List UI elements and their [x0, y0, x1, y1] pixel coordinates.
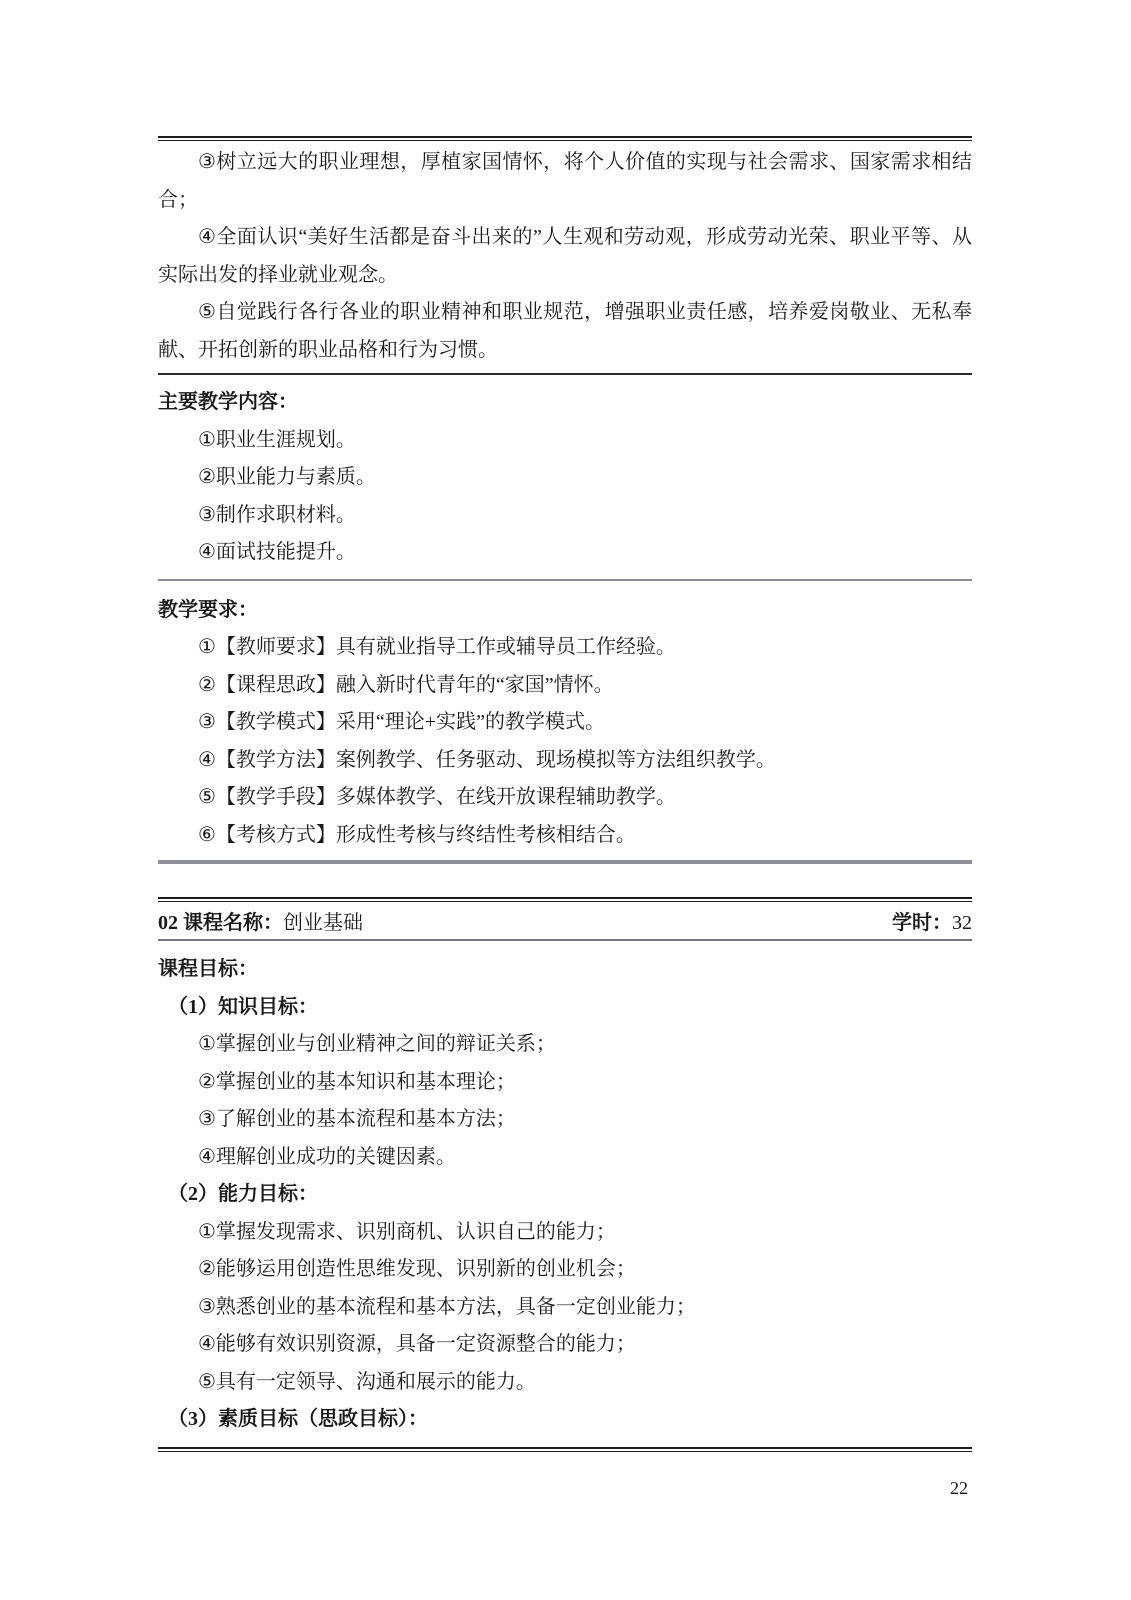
list-item: ①职业生涯规划。 [158, 422, 972, 460]
list-item: ②【课程思政】融入新时代青年的“家国”情怀。 [158, 667, 972, 705]
list-item: ②能够运用创造性思维发现、识别新的创业机会； [158, 1251, 972, 1289]
list-item: ⑥【考核方式】形成性考核与终结性考核相结合。 [158, 817, 972, 855]
course-name: 创业基础 [283, 912, 363, 934]
section-quality-goals-continued: ③树立远大的职业理想，厚植家国情怀，将个人价值的实现与社会需求、国家需求相结合；… [158, 141, 972, 373]
section-heading: 主要教学内容： [158, 384, 972, 422]
table-bottom-border [158, 1447, 972, 1452]
section-heading: 课程目标： [158, 951, 972, 989]
list-item: ③【教学模式】采用“理论+实践”的教学模式。 [158, 704, 972, 742]
course-header-row: 02 课程名称：创业基础 学时：32 [158, 902, 972, 939]
paragraph: ⑤自觉践行各行各业的职业精神和职业规范，增强职业责任感，培养爱岗敬业、无私奉献、… [158, 294, 972, 369]
list-item: ①掌握发现需求、识别商机、认识自己的能力； [158, 1214, 972, 1252]
section-course-goals: 课程目标： （1）知识目标： ①掌握创业与创业精神之间的辩证关系； ②掌握创业的… [158, 941, 972, 1447]
list-item: ③熟悉创业的基本流程和基本方法，具备一定创业能力； [158, 1289, 972, 1327]
course-title: 02 课程名称：创业基础 [158, 906, 363, 935]
list-item: ③了解创业的基本流程和基本方法； [158, 1101, 972, 1139]
list-item: ④面试技能提升。 [158, 534, 972, 572]
list-item: ②掌握创业的基本知识和基本理论； [158, 1064, 972, 1102]
page-content: ③树立远大的职业理想，厚植家国情怀，将个人价值的实现与社会需求、国家需求相结合；… [158, 136, 972, 1452]
list-item: ④能够有效识别资源，具备一定资源整合的能力； [158, 1326, 972, 1364]
course-number-label: 02 课程名称： [158, 912, 283, 934]
subsection-heading-ability: （2）能力目标： [158, 1176, 972, 1214]
page-number: 22 [950, 1478, 968, 1499]
hours-value: 32 [952, 912, 972, 934]
list-item: ⑤具有一定领导、沟通和展示的能力。 [158, 1364, 972, 1402]
list-item: ⑤【教学手段】多媒体教学、在线开放课程辅助教学。 [158, 779, 972, 817]
section-teaching-content: 主要教学内容： ①职业生涯规划。 ②职业能力与素质。 ③制作求职材料。 ④面试技… [158, 375, 972, 579]
hours-label: 学时： [892, 912, 952, 934]
course-hours: 学时：32 [892, 906, 972, 935]
subsection-heading-knowledge: （1）知识目标： [158, 989, 972, 1027]
list-item: ①掌握创业与创业精神之间的辩证关系； [158, 1026, 972, 1064]
list-item: ③制作求职材料。 [158, 497, 972, 535]
list-item: ④理解创业成功的关键因素。 [158, 1139, 972, 1177]
table-gap [158, 864, 972, 897]
subsection-heading-quality: （3）素质目标（思政目标）： [158, 1401, 972, 1439]
list-item: ④【教学方法】案例教学、任务驱动、现场模拟等方法组织教学。 [158, 742, 972, 780]
paragraph: ④全面认识“美好生活都是奋斗出来的”人生观和劳动观，形成劳动光荣、职业平等、从实… [158, 219, 972, 294]
paragraph: ③树立远大的职业理想，厚植家国情怀，将个人价值的实现与社会需求、国家需求相结合； [158, 144, 972, 219]
list-item: ②职业能力与素质。 [158, 459, 972, 497]
list-item: ①【教师要求】具有就业指导工作或辅导员工作经验。 [158, 629, 972, 667]
section-teaching-requirements: 教学要求： ①【教师要求】具有就业指导工作或辅导员工作经验。 ②【课程思政】融入… [158, 581, 972, 861]
document-page: ③树立远大的职业理想，厚植家国情怀，将个人价值的实现与社会需求、国家需求相结合；… [0, 0, 1131, 1600]
section-heading: 教学要求： [158, 592, 972, 630]
